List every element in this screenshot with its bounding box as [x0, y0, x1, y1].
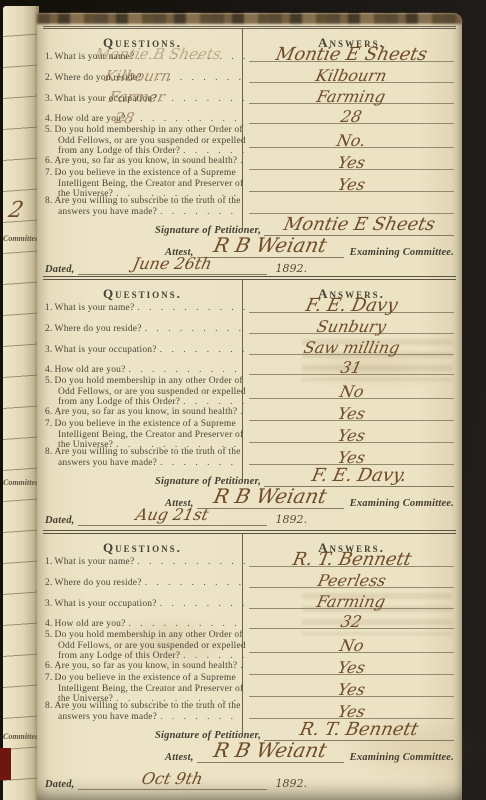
handwritten-answer: 32: [340, 614, 364, 630]
handwritten-answer: 28: [340, 109, 364, 125]
petition-form-section: Questions. Answers. 1.What is your name?…: [43, 530, 456, 800]
dot-leaders: . . . . . . .: [160, 712, 236, 722]
question-item: 7.Do you believe in the existence of a S…: [45, 419, 250, 451]
answer-line-occupation: Farming: [249, 591, 454, 609]
answer-line-name: Montie E Sheets: [249, 44, 454, 62]
handwritten-year: 1892.: [276, 777, 308, 790]
question-number: 1.: [45, 557, 53, 567]
dot-leaders: . . . . . . . . . .: [129, 619, 241, 629]
handwritten-answer: No: [338, 638, 365, 654]
handwritten-answer: Yes: [336, 704, 366, 720]
petition-form-section: Questions. Answers. 1.What is your name?…: [43, 26, 456, 276]
question-text: Where do you reside?: [55, 578, 142, 588]
red-binding-mark: [0, 748, 11, 780]
answer-line-health: Yes: [249, 403, 454, 421]
question-number: 7.: [45, 168, 53, 178]
dot-leaders: . . . . . . . .: [160, 345, 248, 355]
question-text: Are you, so far as you know, in sound he…: [55, 661, 238, 671]
question-number: 2.: [45, 73, 53, 83]
question-item: 4.How old are you?. . . . . . . . . .: [45, 365, 250, 376]
question-item: 7.Do you believe in the existence of a S…: [45, 168, 250, 200]
questions-header: Questions.: [43, 286, 242, 302]
scanned-ledger-photo: 2 Committee Committee Committee Question…: [0, 0, 486, 800]
previous-page-ruled-lines: [3, 3, 39, 800]
question-number: 5.: [45, 125, 53, 135]
question-item: 1.What is your name?. . . . . . . . . .: [45, 557, 250, 568]
dated-label: Dated,: [45, 779, 75, 790]
handwritten-overwrite-occupation: Farmer: [107, 88, 167, 106]
petitioner-signature: Montie E Sheets: [282, 217, 436, 232]
handwritten-year: 1892.: [276, 262, 308, 275]
dot-leaders: . . . . . . . .: [160, 599, 248, 609]
margin-committee-fragment: Committee: [3, 478, 39, 487]
question-item: 2.Where do you reside?. . . . . . . . .: [45, 578, 250, 589]
question-item: 1.What is your name?. . . . . . . . . .: [45, 303, 250, 314]
question-item: 8.Are you willing to subscribe to the tr…: [45, 447, 250, 468]
dated-label: Dated,: [45, 264, 75, 275]
handwritten-answer: Yes: [336, 682, 366, 698]
answer-line-subscribe: Yes: [249, 701, 454, 719]
dot-leaders: . . . . . . .: [160, 458, 236, 468]
attest-signature: R B Weiant: [212, 238, 328, 253]
handwritten-answer: R. T. Bennett: [291, 552, 412, 568]
question-number: 8.: [45, 701, 53, 711]
question-number: 4.: [45, 114, 53, 124]
question-item: 4.How old are you?. . . . . . . . . .: [45, 619, 250, 630]
petition-form-section: Questions. Answers. 1.What is your name?…: [43, 276, 456, 530]
dated-row: Dated, Oct 9th 1892.: [45, 771, 307, 790]
handwritten-answer: 31: [340, 360, 364, 376]
date-line: Aug 21st: [78, 507, 267, 526]
answer-line-membership: No: [249, 381, 454, 399]
answer-line-name: R. T. Bennett: [249, 549, 454, 567]
previous-page-edge: 2 Committee Committee Committee: [3, 6, 39, 800]
question-number: 1.: [45, 52, 53, 62]
dot-leaders: . . . . . . . . .: [145, 324, 245, 334]
question-text: How old are you?: [55, 365, 126, 375]
handwritten-overwrite-name: Montie B Sheets: [93, 45, 223, 63]
petition-sections: Questions. Answers. 1.What is your name?…: [43, 26, 456, 800]
examining-committee-label: Examining Committee.: [350, 247, 454, 258]
dot-leaders: . . . . . . . . . .: [129, 365, 241, 375]
attest-line: R B Weiant: [197, 238, 344, 258]
question-number: 4.: [45, 365, 53, 375]
question-number: 6.: [45, 661, 53, 671]
answer-line-age: 32: [249, 611, 454, 629]
question-item: 4.How old are you?. . . . . . . . . .: [45, 114, 250, 125]
handwritten-answer: F. E. Davy: [304, 298, 399, 314]
dot-leaders: . . . . . . .: [160, 207, 236, 217]
question-number: 2.: [45, 578, 53, 588]
answer-line-subscribe: [249, 196, 454, 214]
answer-line-age: 31: [249, 357, 454, 375]
margin-committee-fragment: Committee: [3, 732, 39, 741]
questions-header: Questions.: [43, 540, 242, 556]
attest-signature: R B Weiant: [212, 743, 328, 758]
handwritten-overwrite-age: 28: [113, 109, 136, 127]
question-number: 8.: [45, 196, 53, 206]
examining-committee-label: Examining Committee.: [350, 498, 454, 509]
question-number: 7.: [45, 419, 53, 429]
dot-leaders: . . . . . . . .: [160, 94, 248, 104]
question-item: 3.What is your occupation?. . . . . . . …: [45, 345, 250, 356]
answer-line-occupation: Saw milling: [249, 337, 454, 355]
page-top-stained-edge: [37, 13, 462, 24]
petitioner-signature: F. E. Davy.: [310, 468, 408, 483]
handwritten-answer: No.: [336, 133, 368, 149]
date-line: June 26th: [78, 256, 267, 275]
handwritten-answer: Montie E Sheets: [274, 47, 428, 63]
dot-leaders: . . . . . . . . . .: [137, 303, 249, 313]
question-number: 6.: [45, 156, 53, 166]
handwritten-answer: Yes: [336, 406, 366, 422]
question-text: Are you, so far as you know, in sound he…: [55, 407, 238, 417]
dot-leaders: . . . . . . . . . .: [129, 114, 241, 124]
question-number: 2.: [45, 324, 53, 334]
answer-line-supreme-being: Yes: [249, 174, 454, 192]
handwritten-answer: Farming: [316, 594, 387, 610]
question-text: What is your name?: [55, 303, 135, 313]
dot-leaders: . . . . . . . . . .: [137, 557, 249, 567]
question-number: 5.: [45, 376, 53, 386]
handwritten-answer: Yes: [336, 428, 366, 444]
handwritten-answer: Farming: [316, 89, 387, 105]
question-number: 1.: [45, 303, 53, 313]
question-number: 3.: [45, 345, 53, 355]
question-number: 3.: [45, 599, 53, 609]
handwritten-answer: Yes: [336, 177, 366, 193]
question-number: 7.: [45, 673, 53, 683]
attest-line: R B Weiant: [197, 489, 344, 509]
dated-row: Dated, Aug 21st 1892.: [45, 507, 307, 526]
handwritten-date: Oct 9th: [140, 772, 203, 786]
question-number: 4.: [45, 619, 53, 629]
answer-line-membership: No: [249, 635, 454, 653]
handwritten-answer: Saw milling: [302, 340, 401, 356]
question-item: 7.Do you believe in the existence of a S…: [45, 673, 250, 705]
question-text: What is your name?: [55, 557, 135, 567]
question-item: 8.Are you willing to subscribe to the tr…: [45, 196, 250, 217]
handwritten-answer: Yes: [336, 450, 366, 466]
attest-signature: R B Weiant: [212, 489, 328, 504]
answer-line-health: Yes: [249, 657, 454, 675]
date-line: Oct 9th: [78, 771, 267, 790]
dated-label: Dated,: [45, 515, 75, 526]
handwritten-answer: Yes: [336, 660, 366, 676]
answer-line-residence: Kilbourn: [249, 65, 454, 83]
attest-line: R B Weiant: [197, 743, 344, 763]
question-text: What is your occupation?: [55, 599, 157, 609]
answer-line-membership: No.: [249, 130, 454, 148]
answer-line-residence: Peerless: [249, 570, 454, 588]
answer-line-supreme-being: Yes: [249, 425, 454, 443]
handwritten-answer: Sunbury: [315, 319, 387, 335]
attest-label: Attest,: [165, 752, 194, 763]
question-text: Where do you reside?: [55, 324, 142, 334]
answer-line-residence: Sunbury: [249, 316, 454, 334]
handwritten-overwrite-residence: Kilbourn: [103, 67, 173, 85]
answer-line-subscribe: Yes: [249, 447, 454, 465]
answer-line-health: Yes: [249, 152, 454, 170]
question-text: Are you, so far as you know, in sound he…: [55, 156, 238, 166]
handwritten-year: 1892.: [276, 513, 308, 526]
question-number: 8.: [45, 447, 53, 457]
answer-line-age: 28: [249, 106, 454, 124]
margin-committee-fragment: Committee: [3, 234, 39, 243]
dot-leaders: . . . . . . . . .: [145, 578, 245, 588]
answer-line-occupation: Farming: [249, 86, 454, 104]
question-item: 2.Where do you reside?. . . . . . . . .: [45, 324, 250, 335]
dated-row: Dated, June 26th 1892.: [45, 256, 307, 275]
examining-committee-label: Examining Committee.: [350, 752, 454, 763]
question-item: 3.What is your occupation?. . . . . . . …: [45, 599, 250, 610]
attest-row: Attest, R B Weiant Examining Committee.: [165, 743, 454, 763]
petitioner-signature: R. T. Bennett: [298, 722, 419, 737]
handwritten-answer: Yes: [336, 155, 366, 171]
handwritten-answer: Peerless: [316, 573, 387, 589]
question-item: 8.Are you willing to subscribe to the tr…: [45, 701, 250, 722]
answer-line-supreme-being: Yes: [249, 679, 454, 697]
question-number: 3.: [45, 94, 53, 104]
question-number: 6.: [45, 407, 53, 417]
question-number: 5.: [45, 630, 53, 640]
handwritten-answer: Kilbourn: [315, 68, 389, 84]
ledger-page: Questions. Answers. 1.What is your name?…: [37, 13, 462, 800]
question-text: How old are you?: [55, 619, 126, 629]
handwritten-date: Aug 21st: [134, 508, 209, 522]
answer-line-name: F. E. Davy: [249, 295, 454, 313]
handwritten-answer: No: [338, 384, 365, 400]
handwritten-date: June 26th: [131, 257, 213, 271]
question-text: What is your occupation?: [55, 345, 157, 355]
